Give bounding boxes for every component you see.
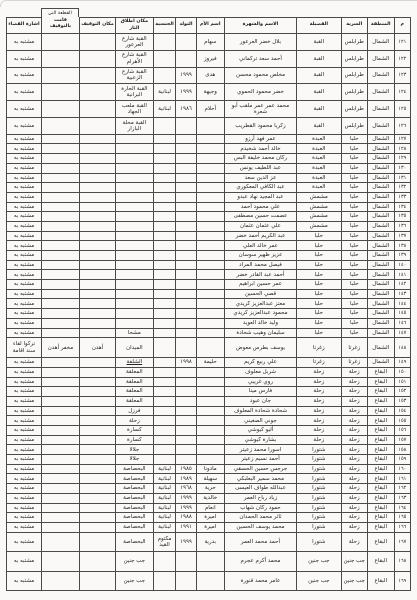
cell-arrest-unit [41,101,79,118]
column-header-arrest-unit: قامت بالتوقيف [41,17,79,34]
cell-name: عز الدين سعد [224,174,296,184]
cell-firing-place [115,174,153,184]
table-row: ١٣٠الشمالحلباالعبدةعبد اللطيف يونسمشتبه … [6,164,411,174]
cell-battalion: زحلة [341,416,367,426]
cell-arrest-unit [41,84,79,101]
cell-arrest-place [79,407,115,417]
cell-judicial-reference: مشتبه به [6,426,41,436]
cell-birth [175,445,195,455]
table-row: ١٤٥الشمالحلباحلبامحمود عبدالعزيز كريديمش… [6,309,411,319]
cell-region: الشمال [367,68,394,85]
cell-mother [196,445,224,455]
cell-arrest-place [79,193,115,203]
cell-arrest-place [79,474,115,484]
cell-arrest-unit [41,164,79,174]
cell-judicial-reference: مشتبه به [6,241,41,251]
cell-birth: ١٩٩١ [175,523,195,533]
cell-arrest-place [79,299,115,309]
cell-num: ١٤٥ [394,309,411,319]
header-spacer [79,8,115,17]
cell-name: عبد الكريم أحمد خضر [224,232,296,242]
cell-battalion: حلبا [341,290,367,300]
cell-name: جوني الصغيني [224,416,296,426]
cell-firing-place [115,232,153,242]
cell-nationality [153,154,176,164]
cell-arrest-unit [41,299,79,309]
cell-region: الشمال [367,164,394,174]
cell-arrest-unit [41,474,79,484]
column-header-num: م [394,17,411,34]
table-row: ١٦٢البقاعزحلةشتوراعبدالله طواف العيسىحري… [6,484,411,494]
cell-birth [175,154,195,164]
cell-birth [175,387,195,397]
cell-birth [175,270,195,280]
cell-judicial-reference: مشتبه به [6,270,41,280]
cell-nationality [153,572,176,592]
cell-nationality [153,51,176,68]
cell-region: البقاع [367,416,394,426]
cell-region: الشمال [367,34,394,51]
header-spacer [341,8,367,17]
cell-arrest-unit [41,387,79,397]
cell-mother [196,552,224,572]
cell-judicial-reference: مشتبه به [6,309,41,319]
cell-mother: مادونا [196,465,224,475]
cell-mother [196,241,224,251]
cell-mother [196,232,224,242]
cell-name: وليد خالد العويد [224,319,296,329]
cell-judicial-reference: تركوا لقاء سند اقامة [6,338,41,358]
cell-arrest-place [79,212,115,222]
cell-num: ١٤٢ [394,280,411,290]
cell-name: عزيز ظهير سوسان [224,251,296,261]
cell-region: البقاع [367,494,394,504]
cell-judicial-reference: مشتبه به [6,387,41,397]
cell-mother [196,174,224,184]
cell-name: جان عبود [224,397,296,407]
table-row: ١٥٥البقاعزحلةزحلةجوني الصغينيزحلةمشتبه ب… [6,416,411,426]
cell-mother: أحلام [196,101,224,118]
cell-num: ١٦٧ [394,533,411,553]
cell-firing-place: القبة ملعب الجهاد [115,101,153,118]
cell-num: ١٦١ [394,474,411,484]
cell-platoon: العبدة [296,174,341,184]
cell-nationality [153,319,176,329]
cell-judicial-reference: مشتبه به [6,68,41,85]
cell-arrest-place [79,290,115,300]
cell-arrest-unit [41,426,79,436]
cell-arrest-place [79,280,115,290]
cell-mother [196,397,224,407]
cell-name: يوسف بطرس معوض [224,338,296,358]
cell-num: ١٥٩ [394,455,411,465]
cell-platoon: زحلة [296,426,341,436]
cell-arrest-unit [41,183,79,193]
cell-battalion: حلبا [341,212,367,222]
cell-platoon: العبدة [296,164,341,174]
cell-mother: فيروز [196,51,224,68]
cell-region: الشمال [367,270,394,280]
cell-name: مخلص محمود محسن [224,68,296,85]
cell-platoon: شتورا [296,484,341,494]
cell-battalion: زحلة [341,484,367,494]
cell-arrest-unit [41,241,79,251]
cell-battalion: زحلة [341,436,367,446]
table-row: ١٤٠الشمالحلباحلبافيصل محمد المرادمشتبه ب… [6,261,411,271]
cell-mother [196,338,224,358]
cell-num: ١٤٨ [394,338,411,358]
table-row: ١٤٤الشمالحلباحلبامعتز عبدالعزيز كريديمشت… [6,299,411,309]
cell-arrest-place [79,552,115,572]
cell-battalion: زغرتا [341,358,367,368]
cell-name: زياد رباح العمر [224,494,296,504]
cell-birth [175,251,195,261]
cell-name: عصمت حسين مصطفى [224,212,296,222]
cell-arrest-unit [41,484,79,494]
cell-arrest-place [79,232,115,242]
cell-birth [175,193,195,203]
cell-nationality: لبنانية [153,513,176,523]
cell-battalion: زحلة [341,387,367,397]
table-row: ١٦٠البقاعزحلةشتوراجرجس حسين الحسقيمادونا… [6,465,411,475]
cell-platoon: القبة [296,118,341,135]
cell-firing-place: المعلقة [115,397,153,407]
cell-arrest-unit [41,212,79,222]
cell-firing-place [115,164,153,174]
cell-birth: ١٩٩٩ [175,84,195,101]
cell-region: البقاع [367,378,394,388]
cell-name: شحادة شحادة المعلوف [224,407,296,417]
cell-arrest-place [79,445,115,455]
cell-arrest-unit [41,144,79,154]
cell-num: ١٣٣ [394,193,411,203]
cell-mother: حرية [196,484,224,494]
cell-arrest-place [79,329,115,339]
table-row: ١٢٥الشمالطرابلسالقبةمحمد عمر عمر ملقب أب… [6,101,411,118]
column-header-arrest-place: مكان التوقيف [79,17,115,34]
cell-platoon: القبة [296,101,341,118]
cell-nationality: لبنانية [153,465,176,475]
cell-num: ١٣٤ [394,203,411,213]
table-row: ١٦٥البقاعزحلةشتوراثائر محمد الحمداناميرة… [6,513,411,523]
cell-nationality [153,407,176,417]
cell-battalion: حلبا [341,251,367,261]
cell-mother: اميرة [196,523,224,533]
cell-arrest-unit [41,378,79,388]
cell-num: ١٦٢ [394,484,411,494]
cell-birth: ١٩٨٨ [175,513,195,523]
column-header-birth: التولد [175,17,195,34]
cell-nationality [153,34,176,51]
cell-judicial-reference: مشتبه به [6,407,41,417]
cell-firing-place: الميدان [115,338,153,358]
cell-nationality [153,445,176,455]
table-row: ١٣٩الشمالحلباحلباعزيز ظهير سوسانمشتبه به [6,251,411,261]
cell-arrest-place [79,319,115,329]
cell-arrest-unit [41,494,79,504]
cell-battalion: حلبا [341,164,367,174]
cell-birth [175,241,195,251]
cell-nationality [153,299,176,309]
cell-name: عبد المجيد نهاد عبدو [224,193,296,203]
cell-firing-place [115,290,153,300]
cell-battalion: حلبا [341,174,367,184]
header-spacer [224,8,296,17]
table-row: ١٦٨البقاعجب جنينجب جنينمحمد أكرم عجرمجب … [6,552,411,572]
cell-num: ١٥٦ [394,426,411,436]
cell-firing-place [115,251,153,261]
table-row: ١٥١البقاعزحلةزحلةروي غريبيالمعلقةمشتبه ب… [6,378,411,388]
cell-num: ١٢٣ [394,68,411,85]
cell-num: ١٥٠ [394,368,411,378]
cell-arrest-unit [41,407,79,417]
cell-nationality [153,397,176,407]
cell-nationality [153,368,176,378]
cell-nationality: لبنانية [153,474,176,484]
cell-platoon: حلبا [296,309,341,319]
cell-region: الشمال [367,118,394,135]
cell-arrest-place [79,222,115,232]
cell-platoon: زحلة [296,397,341,407]
cell-arrest-unit [41,397,79,407]
cell-region: البقاع [367,523,394,533]
table-row: ١٣٧الشمالحلباحلباعبد الكريم أحمد خضرمشتب… [6,232,411,242]
cell-arrest-place [79,455,115,465]
cell-name: محمد يوسف الحسين [224,523,296,533]
cell-num: ١٣٢ [394,183,411,193]
header-spacer [196,8,224,17]
cell-firing-place: مشحا [115,329,153,339]
header-spacer [115,8,153,17]
cell-judicial-reference: مشتبه به [6,164,41,174]
cell-nationality [153,222,176,232]
cell-name: حمود ركان شهاب [224,504,296,514]
cell-firing-place: جلالا [115,445,153,455]
cell-birth: ١٩٩٩ [175,68,195,85]
cell-nationality [153,118,176,135]
cell-firing-place [115,261,153,271]
cell-arrest-unit [41,319,79,329]
cell-platoon: شتورا [296,465,341,475]
cell-num: ١٥٧ [394,436,411,446]
cell-num: ١٢٧ [394,135,411,145]
cell-num: ١٣١ [394,174,411,184]
cell-judicial-reference: مشتبه به [6,445,41,455]
table-row: ١٣١الشمالحلباالعبدةعز الدين سعدمشتبه به [6,174,411,184]
cell-platoon: شتورا [296,474,341,484]
cell-battalion: حلبا [341,329,367,339]
cell-region: الشمال [367,183,394,193]
column-header-region: المنطقة [367,17,394,34]
cell-arrest-unit [41,251,79,261]
cell-judicial-reference: مشتبه به [6,174,41,184]
cell-judicial-reference: مشتبه به [6,484,41,494]
column-header-nationality: الجنسية [153,17,176,34]
cell-num: ١٢٨ [394,144,411,154]
header-spacer [6,8,41,17]
cell-region: البقاع [367,455,394,465]
cell-platoon: زحلة [296,387,341,397]
cell-region: الشمال [367,222,394,232]
cell-nationality [153,261,176,271]
cell-judicial-reference: مشتبه به [6,552,41,572]
cell-firing-place: القبة شارع الأهرام [115,51,153,68]
cell-num: ١٦٨ [394,552,411,572]
cell-judicial-reference: مشتبه به [6,183,41,193]
cell-nationality [153,144,176,154]
cell-judicial-reference: مشتبه به [6,51,41,68]
cell-name: قصي الحسين [224,290,296,300]
cell-birth [175,378,195,388]
cell-birth [175,135,195,145]
cell-name: اسورا محمد زعيتر [224,445,296,455]
cell-region: البقاع [367,387,394,397]
cell-region: الشمال [367,174,394,184]
cell-region: البقاع [367,445,394,455]
cell-firing-place: جلالا [115,455,153,465]
cell-mother [196,118,224,135]
cell-birth [175,368,195,378]
cell-arrest-unit [41,572,79,592]
cell-mother [196,193,224,203]
cell-num: ١٢٦ [394,118,411,135]
cell-num: ١٥١ [394,378,411,388]
cell-firing-place [115,183,153,193]
cell-name: عمر حسين ابراهيم [224,280,296,290]
cell-judicial-reference: مشتبه به [6,474,41,484]
cell-firing-place [115,319,153,329]
cell-nationality [153,212,176,222]
cell-name: محمد عمر عمر ملقب أبو شعرة [224,101,296,118]
cell-battalion: حلبا [341,154,367,164]
cell-platoon: مشمش [296,193,341,203]
cell-firing-place: جب جنين [115,552,153,572]
cell-birth [175,51,195,68]
cell-region: البقاع [367,572,394,592]
cell-nationality [153,426,176,436]
cell-birth [175,309,195,319]
cell-nationality [153,241,176,251]
table-row: ١٤٦الشمالحلباحلباوليد خالد العويدمشتبه ب… [6,319,411,329]
cell-platoon: زحلة [296,378,341,388]
cell-firing-place: القبة محلة البازار [115,118,153,135]
cell-name: عبدالله طواف العيسى [224,484,296,494]
cell-arrest-place [79,397,115,407]
cell-num: ١٤٣ [394,290,411,300]
table-row: ١٥٨البقاعزحلةشتورااسورا محمد زعيترجلالام… [6,445,411,455]
cell-arrest-place [79,68,115,85]
table-row: ١٦١البقاعزحلةشتورامحمد سمير البعلبكيسهيل… [6,474,411,484]
cell-mother [196,416,224,426]
cell-nationality [153,183,176,193]
cell-nationality [153,280,176,290]
cell-platoon: القبة [296,34,341,51]
cell-name: عامر محمد قنورة [224,572,296,592]
cell-nationality [153,290,176,300]
cell-firing-place: البحصاصة [115,484,153,494]
cell-birth [175,203,195,213]
table-row: ١٥٠البقاعزحلةزحلةشربل معلوفالمعلقةمشتبه … [6,368,411,378]
cell-name: عمر فهد أرزو [224,135,296,145]
cell-arrest-place [79,34,115,51]
table-row: ١٢١الشمالطرابلسالقبةبلال خضر العرعورسهام… [6,34,411,51]
cell-platoon: حلبا [296,270,341,280]
cell-battalion: جب جنين [341,572,367,592]
cell-battalion: زحلة [341,533,367,553]
cell-num: ١٥٥ [394,416,411,426]
cell-region: البقاع [367,465,394,475]
cell-num: ١٦٣ [394,494,411,504]
cell-arrest-unit [41,154,79,164]
cell-region: البقاع [367,368,394,378]
cell-num: ١٥٣ [394,397,411,407]
cell-region: البقاع [367,397,394,407]
table-row: ١٤٣الشمالحلباحلباقصي الحسينمشتبه به [6,290,411,300]
cell-arrest-unit [41,436,79,446]
cell-judicial-reference: مشتبه به [6,290,41,300]
cell-region: البقاع [367,552,394,572]
cell-platoon: العبدة [296,135,341,145]
cell-name: خضر محمود الحموي [224,84,296,101]
cell-arrest-place [79,174,115,184]
cell-arrest-unit [41,270,79,280]
cell-num: ١٤٩ [394,358,411,368]
column-header-platoon: الفصيلة [296,17,341,34]
cell-arrest-unit [41,261,79,271]
cell-judicial-reference: مشتبه به [6,203,41,213]
cell-region: الشمال [367,358,394,368]
cell-arrest-unit [41,34,79,51]
cell-battalion: حلبا [341,144,367,154]
cell-region: الشمال [367,51,394,68]
cell-birth [175,416,195,426]
cell-name: محمد سمير البعلبكي [224,474,296,484]
cell-num: ١٥٢ [394,387,411,397]
cell-judicial-reference: مشتبه به [6,118,41,135]
cell-nationality [153,68,176,85]
cell-arrest-unit [41,203,79,213]
cell-battalion: زحلة [341,455,367,465]
cell-region: الشمال [367,309,394,319]
cell-mother [196,135,224,145]
cell-num: ١٦٠ [394,465,411,475]
cell-judicial-reference: مشتبه به [6,212,41,222]
cell-platoon: حلبا [296,241,341,251]
cell-name: معتز عبدالعزيز كريدي [224,299,296,309]
cell-nationality: لبنانية [153,504,176,514]
cell-mother [196,378,224,388]
cell-birth [175,232,195,242]
cell-region: البقاع [367,484,394,494]
cell-judicial-reference: مشتبه به [6,101,41,118]
cell-num: ١٤٤ [394,299,411,309]
cell-firing-place [115,309,153,319]
cell-platoon: مشمش [296,203,341,213]
cell-battalion: طرابلس [341,51,367,68]
cell-judicial-reference: مشتبه به [6,358,41,368]
cell-nationality [153,251,176,261]
cell-region: الشمال [367,251,394,261]
cell-num: ١٣٩ [394,251,411,261]
cell-battalion: طرابلس [341,118,367,135]
cell-platoon: القبة [296,84,341,101]
cell-arrest-unit [41,504,79,514]
cell-name: عبد الكافي المعكوري [224,183,296,193]
cell-arrest-unit [41,135,79,145]
column-header-mother: اسم الأم [196,17,224,34]
table-row: ١٦٤البقاعزحلةشتوراحمود ركان شهابانعام١٩٩… [6,504,411,514]
cell-mother: سهيلة [196,474,224,484]
